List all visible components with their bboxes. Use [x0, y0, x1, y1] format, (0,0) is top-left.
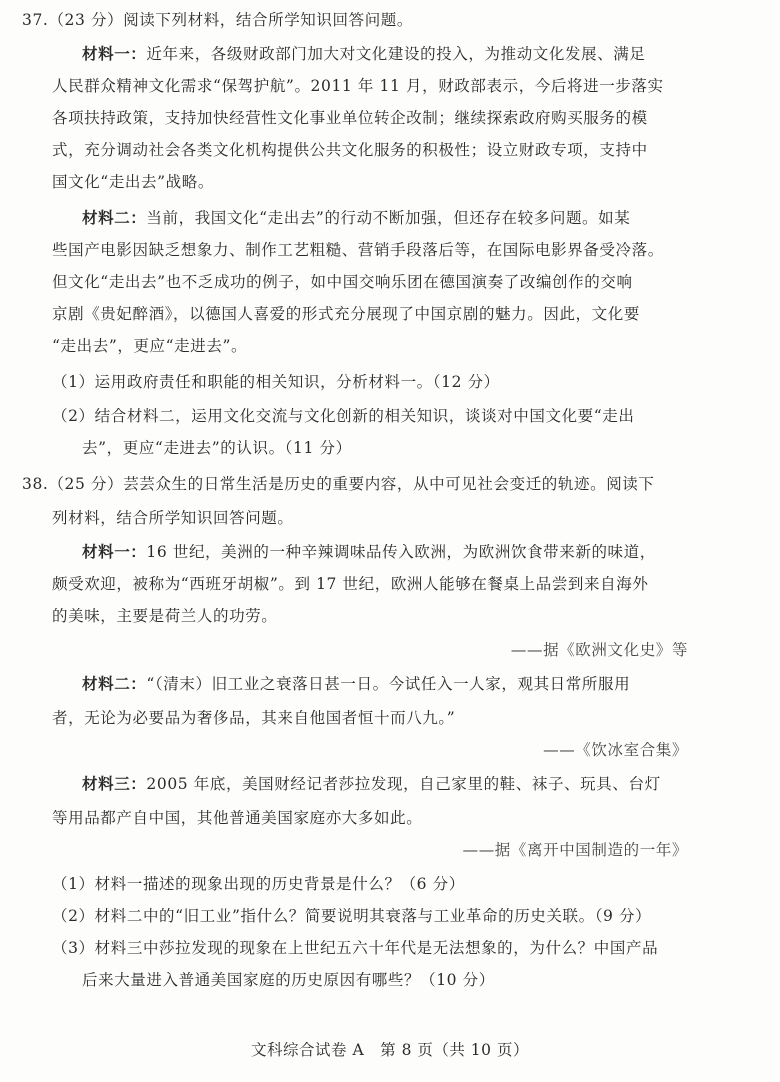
- page-footer: 文科综合试卷 A 第 8 页（共 10 页）: [0, 1038, 780, 1060]
- q37-material1-line: 材料一：近年来，各级财政部门加大对文化建设的投入，为推动文化发展、满足: [82, 42, 646, 64]
- q38-header-cont: 列材料，结合所学知识回答问题。: [52, 506, 294, 528]
- q37-material1-label: 材料一：: [82, 44, 146, 63]
- q38-material1-line: 颇受欢迎，被称为“西班牙胡椒”。到 17 世纪，欧洲人能够在餐桌上品尝到来自海外: [52, 572, 648, 594]
- q38-material3-source: ——据《离开中国制造的一年》: [463, 838, 688, 860]
- q38-material2-source: ——《饮冰室合集》: [543, 738, 688, 760]
- q37-material2-line: 京剧《贵妃醉酒》，以德国人喜爱的形式充分展现了中国京剧的魅力。因此，文化要: [52, 302, 640, 324]
- q37-material1-line: 人民群众精神文化需求“保驾护航”。2011 年 11 月，财政部表示，今后将进一…: [52, 74, 664, 96]
- q38-header: 38.（25 分）芸芸众生的日常生活是历史的重要内容，从中可见社会变迁的轨迹。阅…: [22, 472, 655, 494]
- q38-material1-label: 材料一：: [82, 542, 146, 561]
- q38-material3-line: 等用品都产自中国，其他普通美国家庭亦大多如此。: [52, 806, 422, 828]
- q38-material3-line: 材料三：2005 年底，美国财经记者莎拉发现，自己家里的鞋、袜子、玩具、台灯: [82, 772, 661, 794]
- q38-material1-line: 的美味，主要是荷兰人的功劳。: [52, 604, 277, 626]
- q38-material2-line: 者，无论为必要品为奢侈品，其来自他国者恒十而八九。”: [52, 706, 455, 728]
- q38-material1-line: 材料一：16 世纪，美洲的一种辛辣调味品传入欧洲，为欧洲饮食带来新的味道，: [82, 540, 656, 562]
- q38-material1-source: ——据《欧洲文化史》等: [511, 638, 688, 660]
- q37-question-2: （2）结合材料二，运用文化交流与文化创新的相关知识，谈谈对中国文化要“走出: [52, 404, 635, 426]
- q37-material2-label: 材料二：: [82, 208, 146, 227]
- q37-material1-line: 国文化“走出去”战略。: [52, 170, 214, 192]
- q38-question-1: （1）材料一描述的现象出现的历史背景是什么？（6 分）: [52, 872, 465, 894]
- q37-material1-line: 式，充分调动社会各类文化机构提供公共文化服务的积极性；设立财政专项，支持中: [52, 138, 648, 160]
- q37-material2-line: 材料二：当前，我国文化“走出去”的行动不断加强，但还存在较多问题。如某: [82, 206, 630, 228]
- q37-question-1: （1）运用政府责任和职能的相关知识，分析材料一。（12 分）: [52, 370, 500, 392]
- q37-question-2-cont: 去”，更应“走进去”的认识。（11 分）: [82, 436, 352, 458]
- q38-question-3-cont: 后来大量进入普通美国家庭的历史原因有哪些？（10 分）: [82, 968, 495, 990]
- q38-material3-label: 材料三：: [82, 774, 146, 793]
- q38-material2-label: 材料二：: [82, 674, 146, 693]
- q37-material2-line: “走出去”，更应“走进去”。: [52, 334, 247, 356]
- q38-question-3: （3）材料三中莎拉发现的现象在上世纪五六十年代是无法想象的，为什么？中国产品: [52, 936, 658, 958]
- q37-material1-line: 各项扶持政策，支持加快经营性文化事业单位转企改制；继续探索政府购买服务的模: [52, 106, 648, 128]
- q37-material2-line: 但文化“走出去”也不乏成功的例子，如中国交响乐团在德国演奏了改编创作的交响: [52, 270, 633, 292]
- q37-header: 37.（23 分）阅读下列材料，结合所学知识回答问题。: [22, 8, 413, 30]
- q38-question-2: （2）材料二中的“旧工业”指什么？简要说明其衰落与工业革命的历史关联。（9 分）: [52, 904, 651, 926]
- q38-material2-line: 材料二：“（清末）旧工业之衰落日甚一日。今试任入一人家，观其日常所服用: [82, 672, 630, 694]
- exam-page: 37.（23 分）阅读下列材料，结合所学知识回答问题。 材料一：近年来，各级财政…: [0, 0, 780, 1082]
- q37-material2-line: 些国产电影因缺乏想象力、制作工艺粗糙、营销手段落后等，在国际电影界备受冷落。: [52, 238, 664, 260]
